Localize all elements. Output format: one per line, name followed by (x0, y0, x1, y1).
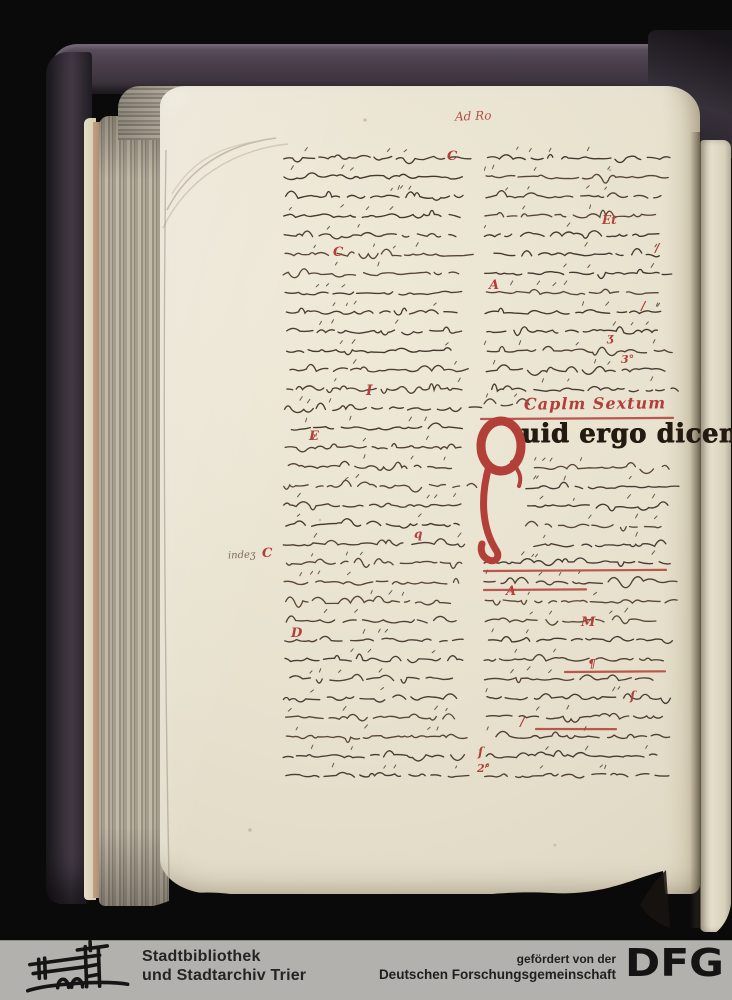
digitization-footer: Stadtbibliothek und Stadtarchiv Trier ge… (0, 940, 732, 1000)
dfg-logo: DFG (625, 942, 724, 986)
red-mark: D (291, 627, 302, 640)
page-stack-fore-edge (99, 116, 169, 906)
red-mark: / (641, 300, 645, 312)
funding-credit-line2: Deutschen Forschungsgemeinschaft (379, 967, 616, 984)
red-mark: C (447, 150, 457, 163)
red-mark: ſ (630, 690, 635, 702)
red-mark: E (309, 430, 319, 443)
red-mark: Et (602, 214, 617, 226)
red-mark: M (581, 616, 595, 629)
red-mark: ¶ (588, 658, 596, 670)
library-name: Stadtbibliothek und Stadtarchiv Trier (142, 948, 306, 986)
red-mark: I (366, 384, 373, 398)
library-name-line1: Stadtbibliothek (142, 948, 306, 967)
scan-background: Ad Ro indeʒ Caplm Sextum uid ergo dicemu… (0, 0, 732, 1000)
red-mark: / (520, 716, 524, 728)
red-mark: A (489, 279, 499, 292)
library-name-line2: und Stadtarchiv Trier (142, 967, 306, 986)
red-mark: ʒ (607, 332, 613, 343)
manuscript-page (160, 86, 700, 894)
red-mark: / (655, 242, 659, 254)
running-header: Ad Ro (455, 108, 492, 123)
red-mark: ſ (478, 746, 483, 758)
red-mark: A (506, 585, 516, 598)
red-mark: 3° (621, 354, 634, 365)
red-mark: q (414, 528, 422, 540)
chapter-heading: Caplm Sextum (524, 393, 666, 413)
incipit-initial-q (472, 416, 530, 574)
incipit-text: uid ergo dicemus. (521, 419, 732, 449)
red-mark: C (262, 547, 272, 560)
funding-credit-line1: gefördert von der (379, 952, 616, 967)
red-mark: 2° (477, 763, 490, 774)
red-mark: C (333, 246, 343, 259)
right-page-block-edge (700, 140, 731, 932)
funding-credit: gefördert von der Deutschen Forschungsge… (379, 952, 616, 984)
porta-nigra-logo-icon (24, 937, 130, 999)
gutter-shadow (690, 132, 701, 928)
margin-note: indeʒ (228, 550, 256, 562)
